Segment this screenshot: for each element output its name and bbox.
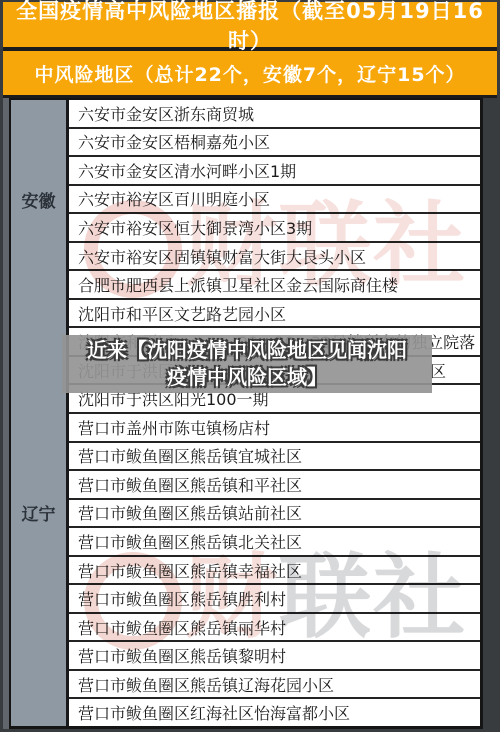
- table-row: 营口市鲅鱼圈区熊岳镇丽华村: [69, 614, 480, 643]
- caption-overlay: 近来【沈阳疫情中风险地区见闻沈阳 疫情中风险区域】: [62, 335, 432, 393]
- province-section: 安徽六安市金安区浙东商贸城六安市金安区梧桐嘉苑小区六安市金安区清水河畔小区1期六…: [11, 100, 480, 300]
- area-name: 六安市裕安区恒大御景湾小区3期: [78, 216, 312, 239]
- risk-area-table: 安徽六安市金安区浙东商贸城六安市金安区梧桐嘉苑小区六安市金安区清水河畔小区1期六…: [9, 98, 483, 729]
- table-row: 营口市鲅鱼圈区熊岳镇辽海花园小区: [69, 671, 480, 700]
- area-name: 营口市盖州市陈屯镇杨店村: [78, 416, 270, 439]
- page-title: 全国疫情高中风险地区播报（截至05月19日16时）: [3, 0, 497, 55]
- area-name: 营口市鲅鱼圈区熊岳镇宜城社区: [78, 444, 302, 467]
- table-row: 营口市鲅鱼圈区熊岳镇和平社区: [69, 471, 480, 500]
- table-row: 营口市鲅鱼圈区熊岳镇幸福社区: [69, 557, 480, 586]
- subtitle-text: 中风险地区（总计22个，安徽7个，辽宁15个）: [34, 60, 465, 87]
- area-name: 六安市裕安区固镇镇财富大街大艮头小区: [78, 245, 366, 268]
- area-name: 营口市鲅鱼圈区熊岳镇北关社区: [78, 530, 302, 553]
- table-row: 合肥市肥西县上派镇卫星社区金云国际商住楼: [69, 271, 480, 300]
- area-name: 营口市鲅鱼圈区熊岳镇黎明村: [78, 644, 286, 667]
- table-row: 六安市金安区浙东商贸城: [69, 100, 480, 129]
- table-row: 营口市鲅鱼圈区熊岳镇站前社区: [69, 500, 480, 529]
- table-row: 六安市金安区梧桐嘉苑小区: [69, 129, 480, 158]
- area-name: 六安市裕安区百川明庭小区: [78, 187, 270, 210]
- table-row: 沈阳市和平区文艺路艺园小区: [69, 300, 480, 329]
- province-label: 辽宁: [22, 500, 56, 525]
- province-cell: 辽宁: [11, 300, 69, 726]
- province-label: 安徽: [22, 187, 56, 212]
- infographic-page: 全国疫情高中风险地区播报（截至05月19日16时） 中风险地区（总计22个，安徽…: [0, 0, 500, 732]
- subtitle-bar: 中风险地区（总计22个，安徽7个，辽宁15个）: [3, 51, 497, 95]
- caption-line-1: 近来【沈阳疫情中风险地区见闻沈阳: [87, 337, 407, 364]
- area-rows: 六安市金安区浙东商贸城六安市金安区梧桐嘉苑小区六安市金安区清水河畔小区1期六安市…: [69, 100, 480, 300]
- area-name: 营口市鲅鱼圈区熊岳镇胜利村: [78, 587, 286, 610]
- area-name: 六安市金安区清水河畔小区1期: [78, 159, 296, 182]
- area-name: 营口市鲅鱼圈区红海社区怡海富都小区: [78, 701, 350, 724]
- area-name: 沈阳市和平区文艺路艺园小区: [78, 302, 286, 325]
- province-cell: 安徽: [11, 100, 69, 300]
- area-name: 营口市鲅鱼圈区熊岳镇幸福社区: [78, 559, 302, 582]
- table-row: 六安市裕安区百川明庭小区: [69, 186, 480, 215]
- area-name: 六安市金安区梧桐嘉苑小区: [78, 130, 270, 153]
- table-row: 营口市鲅鱼圈区熊岳镇胜利村: [69, 585, 480, 614]
- table-row: 营口市鲅鱼圈区熊岳镇北关社区: [69, 528, 480, 557]
- area-name: 营口市鲅鱼圈区熊岳镇丽华村: [78, 616, 286, 639]
- area-name: 营口市鲅鱼圈区熊岳镇和平社区: [78, 473, 302, 496]
- title-bar: 全国疫情高中风险地区播报（截至05月19日16时）: [3, 2, 497, 47]
- table-row: 六安市裕安区固镇镇财富大街大艮头小区: [69, 243, 480, 272]
- table-row: 营口市鲅鱼圈区熊岳镇宜城社区: [69, 443, 480, 472]
- table-row: 六安市裕安区恒大御景湾小区3期: [69, 214, 480, 243]
- caption-line-2: 疫情中风险区域】: [167, 364, 327, 391]
- table-row: 营口市鲅鱼圈区熊岳镇黎明村: [69, 642, 480, 671]
- area-name: 营口市鲅鱼圈区熊岳镇辽海花园小区: [78, 673, 334, 696]
- area-name: 六安市金安区浙东商贸城: [78, 102, 254, 125]
- table-row: 营口市鲅鱼圈区红海社区怡海富都小区: [69, 699, 480, 726]
- table-row: 六安市金安区清水河畔小区1期: [69, 157, 480, 186]
- area-name: 合肥市肥西县上派镇卫星社区金云国际商住楼: [78, 273, 398, 296]
- table-row: 营口市盖州市陈屯镇杨店村: [69, 414, 480, 443]
- area-name: 营口市鲅鱼圈区熊岳镇站前社区: [78, 501, 302, 524]
